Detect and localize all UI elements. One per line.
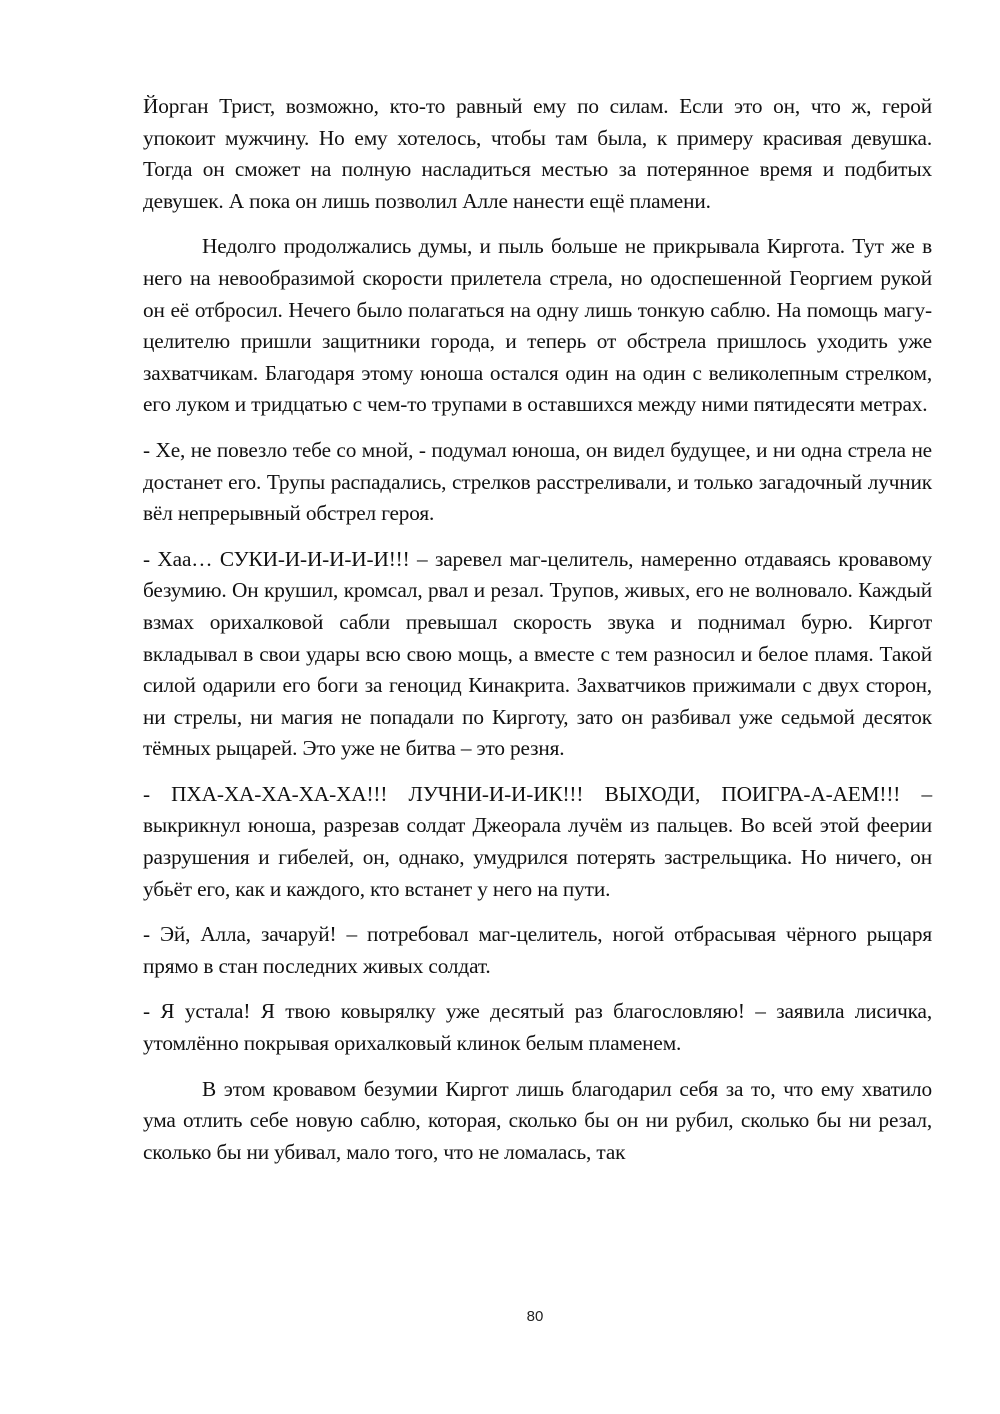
paragraph-2: Недолго продолжались думы, и пыль больше… <box>143 231 932 421</box>
document-page-body: Йорган Трист, возможно, кто-то равный ем… <box>143 91 932 1182</box>
paragraph-1: Йорган Трист, возможно, кто-то равный ем… <box>143 91 932 217</box>
paragraph-3-dialogue: - Хе, не повезло тебе со мной, - подумал… <box>143 435 932 530</box>
paragraph-7-dialogue: - Я устала! Я твою ковырялку уже десятый… <box>143 996 932 1059</box>
paragraph-5-dialogue: - ПХА-ХА-ХА-ХА-ХА!!! ЛУЧНИ-И-И-ИК!!! ВЫХ… <box>143 779 932 905</box>
page-number: 80 <box>0 1308 1000 1325</box>
paragraph-4-dialogue: - Хаа… СУКИ-И-И-И-И-И!!! – заревел маг-ц… <box>143 544 932 765</box>
paragraph-6-dialogue: - Эй, Алла, зачаруй! – потребовал маг-це… <box>143 919 932 982</box>
paragraph-8: В этом кровавом безумии Киргот лишь благ… <box>143 1074 932 1169</box>
